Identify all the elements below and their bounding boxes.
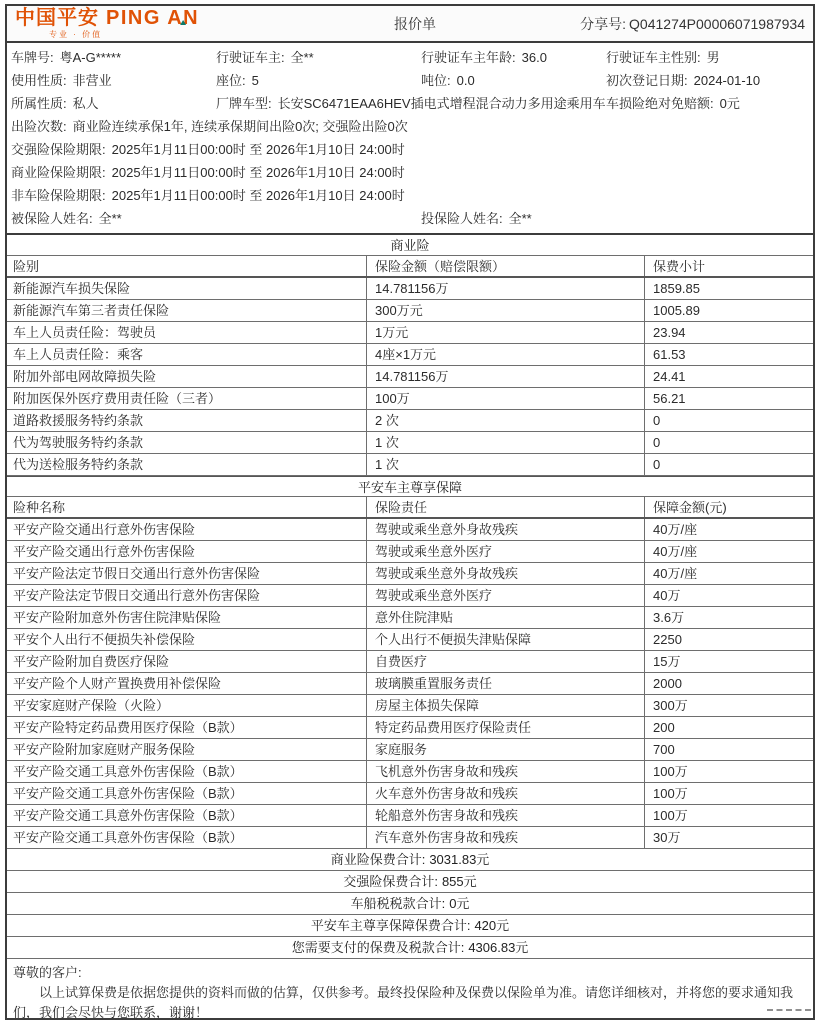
- total-value: 420元: [474, 918, 509, 933]
- table-row: 平安产险交通工具意外伤害保险（B款）火车意外伤害身故和残疾100万: [7, 783, 813, 805]
- total-label: 平安车主尊享保障保费合计:: [311, 918, 471, 933]
- footer-note: 尊敬的客户: 以上试算保费是依据您提供的资料而做的估算，仅供参考。最终投保险种及…: [7, 959, 813, 1020]
- liability-cell: 驾驶或乘坐意外身故残疾: [367, 563, 645, 584]
- amount-cell: 100万: [367, 388, 645, 409]
- total-vehicle-vessel-tax: 车船税税款合计:0元: [7, 893, 813, 915]
- total-label: 您需要支付的保费及税款合计:: [292, 940, 465, 955]
- field-value: 私人: [73, 92, 99, 115]
- amount-cell: 4座×1万元: [367, 344, 645, 365]
- coverage-cell: 700: [645, 739, 813, 760]
- field-label: 被保险人姓名:: [11, 207, 93, 230]
- pingan-logo: 中国平安 PING AN 专业 · 价值: [15, 8, 199, 39]
- coverage-cell: 2000: [645, 673, 813, 694]
- premium-cell: 1005.89: [645, 300, 813, 321]
- table-row: 平安产险交通工具意外伤害保险（B款）飞机意外伤害身故和残疾100万: [7, 761, 813, 783]
- info-line-commercial-period: 商业险保险期限:2025年1月11日00:00时 至 2026年1月10日 24…: [11, 161, 813, 184]
- policy-name-cell: 平安产险交通工具意外伤害保险（B款）: [7, 805, 367, 826]
- pingan-logo-en-text: PING AN: [106, 7, 199, 29]
- table-row: 平安产险特定药品费用医疗保险（B款）特定药品费用医疗保险责任200: [7, 717, 813, 739]
- first-registration-field: 初次登记日期:2024-01-10: [606, 69, 813, 92]
- policy-name-cell: 代为驾驶服务特约条款: [7, 432, 367, 453]
- share-number-label: 分享号:: [580, 16, 626, 32]
- premium-cell: 23.94: [645, 322, 813, 343]
- liability-cell: 个人出行不便损失津贴保障: [367, 629, 645, 650]
- policy-name-cell: 平安产险附加意外伤害住院津贴保险: [7, 607, 367, 628]
- field-value: 商业险连续承保1年, 连续承保期间出险0次; 交强险出险0次: [73, 115, 408, 138]
- field-label: 出险次数:: [11, 115, 67, 138]
- total-commercial-premium: 商业险保费合计:3031.83元: [7, 849, 813, 871]
- total-label: 车船税税款合计:: [351, 896, 446, 911]
- compulsory-period-field: 交强险保险期限:2025年1月11日00:00时 至 2026年1月10日 24…: [11, 138, 813, 161]
- field-label: 初次登记日期:: [606, 69, 688, 92]
- pingan-logo-wordmark: 中国平安 PING AN: [15, 8, 199, 28]
- table-row: 平安产险个人财产置换费用补偿保险玻璃膜重置服务责任2000: [7, 673, 813, 695]
- coverage-cell: 15万: [645, 651, 813, 672]
- liability-cell: 火车意外伤害身故和残疾: [367, 783, 645, 804]
- share-number: 分享号:Q041274P00006071987934: [580, 14, 805, 34]
- pingan-logo-en: PING AN: [106, 8, 199, 28]
- coverage-cell: 100万: [645, 783, 813, 804]
- section-title-vip-protection: 平安车主尊享保障: [7, 476, 813, 497]
- table-row: 平安产险交通出行意外伤害保险驾驶或乘坐意外身故残疾40万/座: [7, 519, 813, 541]
- table-row: 平安产险交通工具意外伤害保险（B款）汽车意外伤害身故和残疾30万: [7, 827, 813, 849]
- table-row: 平安产险附加意外伤害住院津贴保险意外住院津贴3.6万: [7, 607, 813, 629]
- field-value: 2025年1月11日00:00时 至 2026年1月10日 24:00时: [112, 138, 405, 161]
- coverage-cell: 200: [645, 717, 813, 738]
- table-row: 平安产险法定节假日交通出行意外伤害保险驾驶或乘坐意外身故残疾40万/座: [7, 563, 813, 585]
- info-line-names: 被保险人姓名:全** 投保险人姓名:全**: [11, 207, 813, 230]
- info-line-ownership: 所属性质:私人 厂牌车型:长安SC6471EAA6HEV插电式增程混合动力多用途…: [11, 92, 813, 115]
- commercial-period-field: 商业险保险期限:2025年1月11日00:00时 至 2026年1月10日 24…: [11, 161, 813, 184]
- policy-name-cell: 车上人员责任险：驾驶员: [7, 322, 367, 343]
- policy-name-cell: 平安产险交通出行意外伤害保险: [7, 519, 367, 540]
- field-value: 粤A-G*****: [60, 46, 121, 69]
- quotation-document: 中国平安 PING AN 专业 · 价值 报价单 分享号:Q041274P000…: [5, 4, 815, 1020]
- column-header-premium-subtotal: 保费小计: [645, 256, 813, 276]
- field-label: 行驶证车主性别:: [606, 46, 701, 69]
- amount-cell: 1 次: [367, 454, 645, 475]
- pingan-logo-cn: 中国平安: [15, 8, 99, 28]
- info-line-claims: 出险次数:商业险连续承保1年, 连续承保期间出险0次; 交强险出险0次: [11, 115, 813, 138]
- coverage-cell: 30万: [645, 827, 813, 848]
- liability-cell: 意外住院津贴: [367, 607, 645, 628]
- column-header-insured-amount: 保险金额（赔偿限额）: [367, 256, 645, 276]
- field-value: 全**: [509, 207, 532, 230]
- field-value: 2025年1月11日00:00时 至 2026年1月10日 24:00时: [112, 184, 405, 207]
- deductible-field: 车损险绝对免赔额:0元: [606, 92, 813, 115]
- coverage-cell: 40万/座: [645, 541, 813, 562]
- ownership-field: 所属性质:私人: [11, 92, 216, 115]
- owner-age-field: 行驶证车主年龄:36.0: [421, 46, 606, 69]
- policy-name-cell: 新能源汽车第三者责任保险: [7, 300, 367, 321]
- noncar-period-field: 非车险保险期限:2025年1月11日00:00时 至 2026年1月10日 24…: [11, 184, 813, 207]
- amount-cell: 14.781156万: [367, 278, 645, 299]
- owner-gender-field: 行驶证车主性别:男: [606, 46, 813, 69]
- policy-name-cell: 车上人员责任险：乘客: [7, 344, 367, 365]
- field-label: 车损险绝对免赔额:: [606, 92, 714, 115]
- policy-name-cell: 平安产险交通出行意外伤害保险: [7, 541, 367, 562]
- info-line-usage: 使用性质:非营业 座位:5 吨位:0.0 初次登记日期:2024-01-10: [11, 69, 813, 92]
- table-row: 车上人员责任险：乘客4座×1万元61.53: [7, 344, 813, 366]
- liability-cell: 家庭服务: [367, 739, 645, 760]
- table-row: 平安家庭财产保险（火险）房屋主体损失保障300万: [7, 695, 813, 717]
- total-value: 0元: [449, 896, 469, 911]
- coverage-cell: 40万/座: [645, 563, 813, 584]
- field-label: 交强险保险期限:: [11, 138, 106, 161]
- liability-cell: 特定药品费用医疗保险责任: [367, 717, 645, 738]
- table-row: 平安产险法定节假日交通出行意外伤害保险驾驶或乘坐意外医疗40万: [7, 585, 813, 607]
- amount-cell: 2 次: [367, 410, 645, 431]
- column-header-product-name: 险种名称: [7, 497, 367, 517]
- tonnage-field: 吨位:0.0: [421, 69, 606, 92]
- field-value: 0.0: [457, 69, 475, 92]
- coverage-cell: 100万: [645, 805, 813, 826]
- field-value: 2025年1月11日00:00时 至 2026年1月10日 24:00时: [112, 161, 405, 184]
- policy-name-cell: 平安产险附加自费医疗保险: [7, 651, 367, 672]
- footer-disclaimer: 以上试算保费是依据您提供的资料而做的估算，仅供参考。最终投保险种及保费以保险单为…: [13, 983, 803, 1020]
- coverage-cell: 2250: [645, 629, 813, 650]
- field-label: 座位:: [216, 69, 246, 92]
- field-label: 车牌号:: [11, 46, 54, 69]
- total-value: 855元: [442, 874, 477, 889]
- info-line-plate: 车牌号:粤A-G***** 行驶证车主:全** 行驶证车主年龄:36.0 行驶证…: [11, 46, 813, 69]
- field-label: 非车险保险期限:: [11, 184, 106, 207]
- field-label: 投保险人姓名:: [421, 207, 503, 230]
- column-header-liability: 保险责任: [367, 497, 645, 517]
- policy-name-cell: 平安个人出行不便损失补偿保险: [7, 629, 367, 650]
- coverage-cell: 100万: [645, 761, 813, 782]
- policy-name-cell: 平安产险法定节假日交通出行意外伤害保险: [7, 563, 367, 584]
- field-label: 所属性质:: [11, 92, 67, 115]
- table-row: 道路救援服务特约条款2 次0: [7, 410, 813, 432]
- info-line-noncar-period: 非车险保险期限:2025年1月11日00:00时 至 2026年1月10日 24…: [11, 184, 813, 207]
- premium-cell: 0: [645, 454, 813, 475]
- liability-cell: 驾驶或乘坐意外医疗: [367, 585, 645, 606]
- field-label: 吨位:: [421, 69, 451, 92]
- info-line-compulsory-period: 交强险保险期限:2025年1月11日00:00时 至 2026年1月10日 24…: [11, 138, 813, 161]
- applicant-name-field: 投保险人姓名:全**: [421, 207, 813, 230]
- premium-cell: 24.41: [645, 366, 813, 387]
- policy-name-cell: 代为送检服务特约条款: [7, 454, 367, 475]
- field-value: 全**: [291, 46, 314, 69]
- table-row: 代为送检服务特约条款1 次0: [7, 454, 813, 476]
- pingan-logo-tagline: 专业 · 价值: [49, 31, 199, 39]
- commercial-table-header: 险别 保险金额（赔偿限额） 保费小计: [7, 256, 813, 278]
- column-header-coverage-amount: 保障金额(元): [645, 497, 813, 517]
- liability-cell: 房屋主体损失保障: [367, 695, 645, 716]
- table-row: 平安产险交通工具意外伤害保险（B款）轮船意外伤害身故和残疾100万: [7, 805, 813, 827]
- field-label: 使用性质:: [11, 69, 67, 92]
- coverage-cell: 300万: [645, 695, 813, 716]
- table-row: 附加医保外医疗费用责任险（三者）100万56.21: [7, 388, 813, 410]
- policy-name-cell: 平安产险个人财产置换费用补偿保险: [7, 673, 367, 694]
- policy-name-cell: 平安产险法定节假日交通出行意外伤害保险: [7, 585, 367, 606]
- liability-cell: 驾驶或乘坐意外身故残疾: [367, 519, 645, 540]
- liability-cell: 驾驶或乘坐意外医疗: [367, 541, 645, 562]
- amount-cell: 1万元: [367, 322, 645, 343]
- policy-name-cell: 平安产险附加家庭财产服务保险: [7, 739, 367, 760]
- field-value: 长安SC6471EAA6HEV插电式增程混合动力多用途乘用车: [278, 92, 606, 115]
- policy-name-cell: 平安产险交通工具意外伤害保险（B款）: [7, 761, 367, 782]
- owner-field: 行驶证车主:全**: [216, 46, 421, 69]
- plate-number-field: 车牌号:粤A-G*****: [11, 46, 216, 69]
- table-row: 平安个人出行不便损失补偿保险个人出行不便损失津贴保障2250: [7, 629, 813, 651]
- table-row: 附加外部电网故障损失险14.781156万24.41: [7, 366, 813, 388]
- liability-cell: 汽车意外伤害身故和残疾: [367, 827, 645, 848]
- field-value: 0元: [720, 92, 740, 115]
- premium-cell: 1859.85: [645, 278, 813, 299]
- column-header-risk-type: 险别: [7, 256, 367, 276]
- seats-field: 座位:5: [216, 69, 421, 92]
- share-number-value: Q041274P00006071987934: [629, 16, 805, 32]
- coverage-cell: 40万: [645, 585, 813, 606]
- vehicle-info-block: 车牌号:粤A-G***** 行驶证车主:全** 行驶证车主年龄:36.0 行驶证…: [7, 43, 813, 235]
- policy-name-cell: 附加医保外医疗费用责任险（三者）: [7, 388, 367, 409]
- total-label: 交强险保费合计:: [343, 874, 438, 889]
- vip-table-header: 险种名称 保险责任 保障金额(元): [7, 497, 813, 519]
- amount-cell: 300万元: [367, 300, 645, 321]
- selection-dashes-artifact: [767, 1009, 811, 1011]
- field-label: 商业险保险期限:: [11, 161, 106, 184]
- page-title: 报价单: [394, 14, 436, 34]
- field-label: 厂牌车型:: [216, 92, 272, 115]
- usage-field: 使用性质:非营业: [11, 69, 216, 92]
- table-row: 新能源汽车损失保险14.781156万1859.85: [7, 278, 813, 300]
- total-value: 4306.83元: [468, 940, 528, 955]
- policy-name-cell: 平安产险交通工具意外伤害保险（B款）: [7, 827, 367, 848]
- total-compulsory-premium: 交强险保费合计:855元: [7, 871, 813, 893]
- field-value: 2024-01-10: [694, 69, 761, 92]
- policy-name-cell: 平安产险交通工具意外伤害保险（B款）: [7, 783, 367, 804]
- premium-cell: 61.53: [645, 344, 813, 365]
- total-payable: 您需要支付的保费及税款合计:4306.83元: [7, 937, 813, 959]
- amount-cell: 14.781156万: [367, 366, 645, 387]
- policy-name-cell: 平安家庭财产保险（火险）: [7, 695, 367, 716]
- liability-cell: 自费医疗: [367, 651, 645, 672]
- total-label: 商业险保费合计:: [331, 852, 426, 867]
- premium-cell: 0: [645, 432, 813, 453]
- section-title-commercial: 商业险: [7, 235, 813, 256]
- total-value: 3031.83元: [429, 852, 489, 867]
- field-value: 36.0: [522, 46, 547, 69]
- field-value: 非营业: [73, 69, 112, 92]
- field-value: 男: [707, 46, 720, 69]
- coverage-cell: 40万/座: [645, 519, 813, 540]
- table-row: 平安产险附加自费医疗保险自费医疗15万: [7, 651, 813, 673]
- table-row: 平安产险附加家庭财产服务保险家庭服务700: [7, 739, 813, 761]
- liability-cell: 轮船意外伤害身故和残疾: [367, 805, 645, 826]
- table-row: 新能源汽车第三者责任保险300万元1005.89: [7, 300, 813, 322]
- field-value: 全**: [99, 207, 122, 230]
- liability-cell: 玻璃膜重置服务责任: [367, 673, 645, 694]
- claims-count-field: 出险次数:商业险连续承保1年, 连续承保期间出险0次; 交强险出险0次: [11, 115, 813, 138]
- premium-cell: 56.21: [645, 388, 813, 409]
- premium-cell: 0: [645, 410, 813, 431]
- header: 中国平安 PING AN 专业 · 价值 报价单 分享号:Q041274P000…: [7, 6, 813, 43]
- field-value: 5: [252, 69, 259, 92]
- policy-name-cell: 平安产险特定药品费用医疗保险（B款）: [7, 717, 367, 738]
- vehicle-model-field: 厂牌车型:长安SC6471EAA6HEV插电式增程混合动力多用途乘用车: [216, 92, 606, 115]
- policy-name-cell: 新能源汽车损失保险: [7, 278, 367, 299]
- table-row: 车上人员责任险：驾驶员1万元23.94: [7, 322, 813, 344]
- liability-cell: 飞机意外伤害身故和残疾: [367, 761, 645, 782]
- policy-name-cell: 附加外部电网故障损失险: [7, 366, 367, 387]
- policy-name-cell: 道路救援服务特约条款: [7, 410, 367, 431]
- field-label: 行驶证车主年龄:: [421, 46, 516, 69]
- footer-salutation: 尊敬的客户:: [13, 963, 803, 983]
- field-label: 行驶证车主:: [216, 46, 285, 69]
- insured-name-field: 被保险人姓名:全**: [11, 207, 421, 230]
- total-vip-protection-premium: 平安车主尊享保障保费合计:420元: [7, 915, 813, 937]
- coverage-cell: 3.6万: [645, 607, 813, 628]
- table-row: 代为驾驶服务特约条款1 次0: [7, 432, 813, 454]
- table-row: 平安产险交通出行意外伤害保险驾驶或乘坐意外医疗40万/座: [7, 541, 813, 563]
- amount-cell: 1 次: [367, 432, 645, 453]
